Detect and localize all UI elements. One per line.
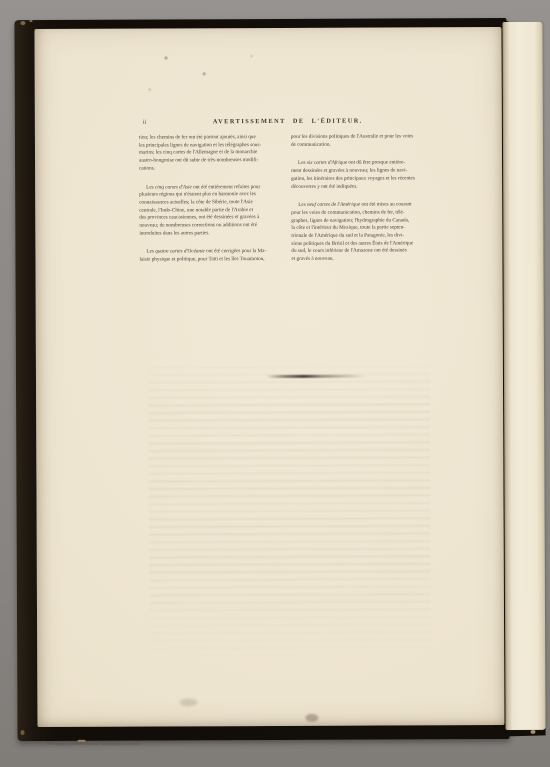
foxing-spot — [165, 56, 168, 59]
text-column-left: tion; les chemins de fer ont été partout… — [139, 134, 288, 275]
text-column-right: pour les divisions politiques de l'Austr… — [291, 133, 438, 274]
paragraph: Les neuf cartes de l'Amérique ont été mi… — [291, 202, 437, 264]
foxing-spot — [203, 72, 206, 75]
cover-wear-fleck — [29, 20, 32, 22]
stain — [305, 714, 318, 722]
foxing-spot — [251, 55, 253, 57]
cover-wear-fleck — [20, 21, 25, 25]
stain — [179, 698, 197, 706]
cover-wear-fleck — [531, 730, 536, 734]
paragraph: tion; les chemins de fer ont été partout… — [139, 134, 287, 173]
cover-wear-fleck — [21, 730, 25, 735]
paragraph: Les six cartes d'Afrique ont dû être pre… — [291, 160, 437, 191]
pencil-smudge — [266, 375, 366, 378]
page-stack-fore-edge — [502, 22, 545, 730]
page: ii AVERTISSEMENT DE L'ÉDITEUR. tion; les… — [34, 27, 504, 727]
show-through-text — [148, 365, 431, 666]
paragraph: Les quatre cartes d'Océanie ont été corr… — [139, 248, 287, 264]
foxing-spot — [149, 89, 151, 91]
book: ii AVERTISSEMENT DE L'ÉDITEUR. tion; les… — [0, 0, 550, 767]
paragraph: pour les divisions politiques de l'Austr… — [291, 133, 437, 149]
page-header: AVERTISSEMENT DE L'ÉDITEUR. — [139, 117, 437, 125]
imprint-caption: Photography by David Rumsey. Cartography… — [47, 742, 140, 746]
paragraph: Les cinq cartes d'Asie ont été entièreme… — [139, 183, 287, 238]
